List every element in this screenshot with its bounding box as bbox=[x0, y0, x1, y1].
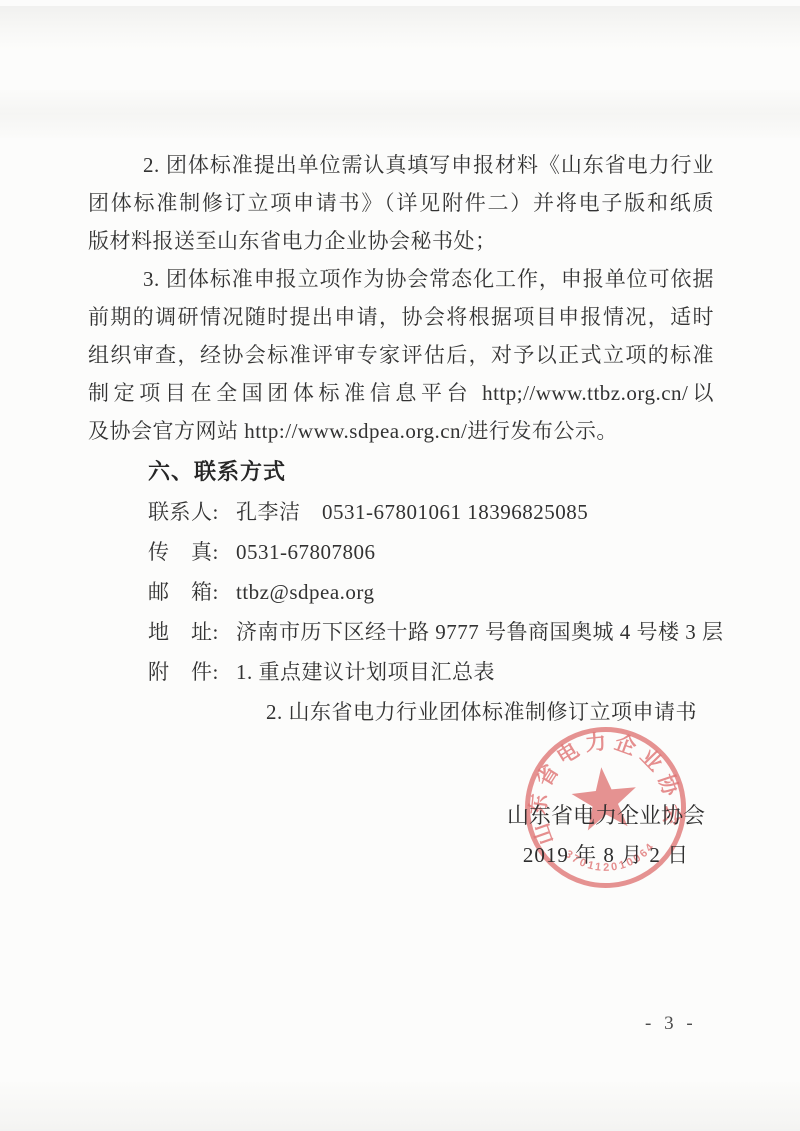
contact-row: 地 址: 济南市历下区经十路 9777 号鲁商国奥城 4 号楼 3 层 bbox=[88, 612, 728, 652]
body-line: 前期的调研情况随时提出申请，协会将根据项目申报情况，适时 bbox=[88, 298, 714, 336]
signature-date: 2019 年 8 月 2 日 bbox=[500, 839, 712, 869]
contact-label: 联系人: bbox=[148, 492, 236, 532]
body-line: 团体标准制修订立项申请书》（详见附件二）并将电子版和纸质 bbox=[88, 184, 714, 222]
contact-value: 1. 重点建议计划项目汇总表 bbox=[236, 652, 495, 692]
section-heading-contact: 六、联系方式 bbox=[148, 455, 286, 486]
contact-value: 0531-67807806 bbox=[236, 532, 376, 572]
contact-value: 孔李洁 0531-67801061 18396825085 bbox=[236, 492, 588, 532]
body-paragraphs: 2. 团体标准提出单位需认真填写申报材料《山东省电力行业 团体标准制修订立项申请… bbox=[88, 146, 714, 450]
contact-label: 邮 箱: bbox=[148, 572, 236, 612]
contact-label: 传 真: bbox=[148, 532, 236, 572]
contact-label: 附 件: bbox=[148, 652, 236, 692]
page-number: - 3 - bbox=[645, 1013, 697, 1035]
body-line: 制定项目在全国团体标准信息平台 http;//www.ttbz.org.cn/以 bbox=[88, 374, 714, 412]
contact-row: 传 真: 0531-67807806 bbox=[88, 532, 728, 572]
contact-row: 附 件: 1. 重点建议计划项目汇总表 bbox=[88, 652, 728, 692]
scan-artifact-band bbox=[0, 90, 800, 138]
contact-label bbox=[148, 692, 236, 732]
contact-label: 地 址: bbox=[148, 612, 236, 652]
contact-row: 邮 箱: ttbz@sdpea.org bbox=[88, 572, 728, 612]
contact-value: ttbz@sdpea.org bbox=[236, 572, 375, 612]
body-line: 及协会官方网站 http://www.sdpea.org.cn/进行发布公示。 bbox=[88, 412, 714, 450]
body-line: 组织审查，经协会标准评审专家评估后，对予以正式立项的标准 bbox=[88, 336, 714, 374]
body-line: 版材料报送至山东省电力企业协会秘书处； bbox=[88, 222, 714, 260]
contact-value: 济南市历下区经十路 9777 号鲁商国奥城 4 号楼 3 层 bbox=[236, 612, 724, 652]
body-line: 3. 团体标准申报立项作为协会常态化工作，申报单位可依据 bbox=[88, 260, 714, 298]
scanned-document-page: 2. 团体标准提出单位需认真填写申报材料《山东省电力行业 团体标准制修订立项申请… bbox=[0, 0, 800, 1131]
contact-row: 联系人: 孔李洁 0531-67801061 18396825085 bbox=[88, 492, 728, 532]
signature-organization: 山东省电力企业协会 bbox=[500, 799, 712, 830]
scan-artifact-band bbox=[0, 1082, 800, 1131]
contact-info-list: 联系人: 孔李洁 0531-67801061 18396825085 传 真: … bbox=[88, 492, 728, 732]
body-line: 2. 团体标准提出单位需认真填写申报材料《山东省电力行业 bbox=[88, 146, 714, 184]
scan-artifact-band bbox=[0, 6, 800, 50]
